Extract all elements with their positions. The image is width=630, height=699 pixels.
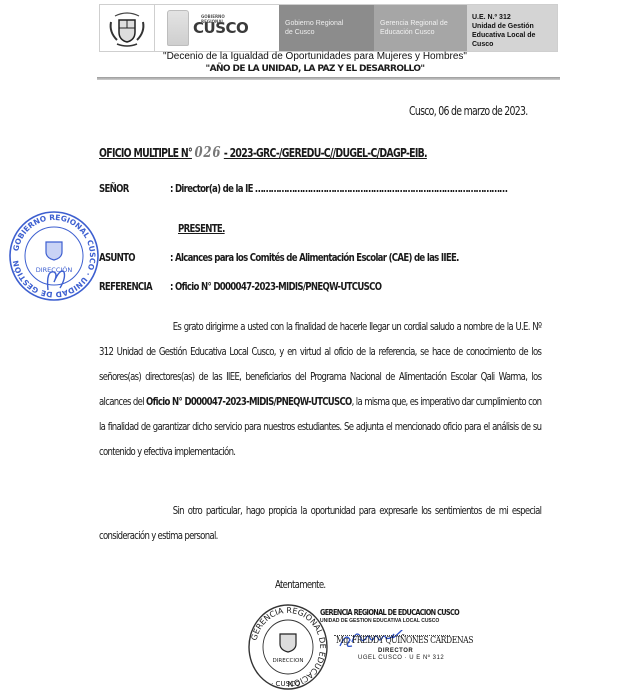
oficio-title: OFICIO MULTIPLE N° 026 - 2023-GRC-/GERED…	[99, 143, 427, 161]
signature-org-1: GERENCIA REGIONAL DE EDUCACION CUSCO	[320, 608, 431, 617]
senor-label: SEÑOR	[99, 182, 129, 195]
cusco-logo: GOBIERNO REGIONALCUSCO	[155, 5, 279, 51]
handwritten-number: 026	[195, 143, 222, 161]
referencia-value: : Oficio N° D000047-2023-MIDIS/PNEQW-UTC…	[170, 280, 381, 293]
closing: Atentamente.	[275, 578, 325, 591]
year-motto: "AÑO DE LA UNIDAD, LA PAZ Y EL DESARROLL…	[0, 64, 630, 74]
signatory-name: Mg. FREDDY QUIÑONES CARDENAS	[336, 636, 473, 646]
body-paragraph-1: Es grato dirigirme a usted con la finali…	[99, 314, 541, 464]
gerencia-round-stamp: GERENCIA REGIONAL DE EDUCACIÓN DIRECCION…	[247, 602, 329, 692]
asunto-label: ASUNTO	[99, 251, 135, 264]
senor-value: : Director(a) de la IE ………………………………………………	[170, 182, 507, 195]
referencia-label: REFERENCIA	[99, 280, 152, 293]
svg-text:DIRECCION: DIRECCION	[273, 658, 304, 664]
blue-official-stamp: GOBIERNO REGIONAL CUSCO · UNIDAD DE GEST…	[8, 210, 100, 302]
coat-of-arms	[100, 5, 155, 51]
letterhead-banner: GOBIERNO REGIONALCUSCO Gobierno Regional…	[99, 4, 558, 52]
peru-coat-of-arms-icon	[107, 8, 147, 48]
header-divider	[97, 77, 560, 80]
ue-block: U.E. N.º 312 Unidad de Gestión Educativa…	[467, 5, 557, 51]
signature-block: GERENCIA REGIONAL DE EDUCACION CUSCO UNI…	[320, 608, 455, 624]
svg-text:· CUSCO ·: · CUSCO ·	[271, 680, 305, 688]
cusco-flag-icon	[167, 10, 189, 46]
gerencia-regional-block: Gerencia Regional de Educación Cusco	[374, 5, 467, 51]
signature-org-2: UNIDAD DE GESTION EDUCATIVA LOCAL CUSCO	[320, 618, 455, 624]
gobierno-regional-block: Gobierno Regional de Cusco	[279, 5, 374, 51]
signatory-title: DIRECTOR	[378, 648, 413, 654]
body-paragraph-2: Sin otro particular, hago propicia la op…	[99, 498, 541, 548]
decenio-motto: "Decenio de la Igualdad de Oportunidades…	[0, 51, 630, 62]
signatory-unit: UGEL CUSCO · U E Nº 312	[358, 655, 444, 661]
asunto-value: : Alcances para los Comités de Alimentac…	[170, 251, 459, 264]
presente: PRESENTE.	[178, 222, 225, 235]
letter-date: Cusco, 06 de marzo de 2023.	[409, 104, 528, 118]
